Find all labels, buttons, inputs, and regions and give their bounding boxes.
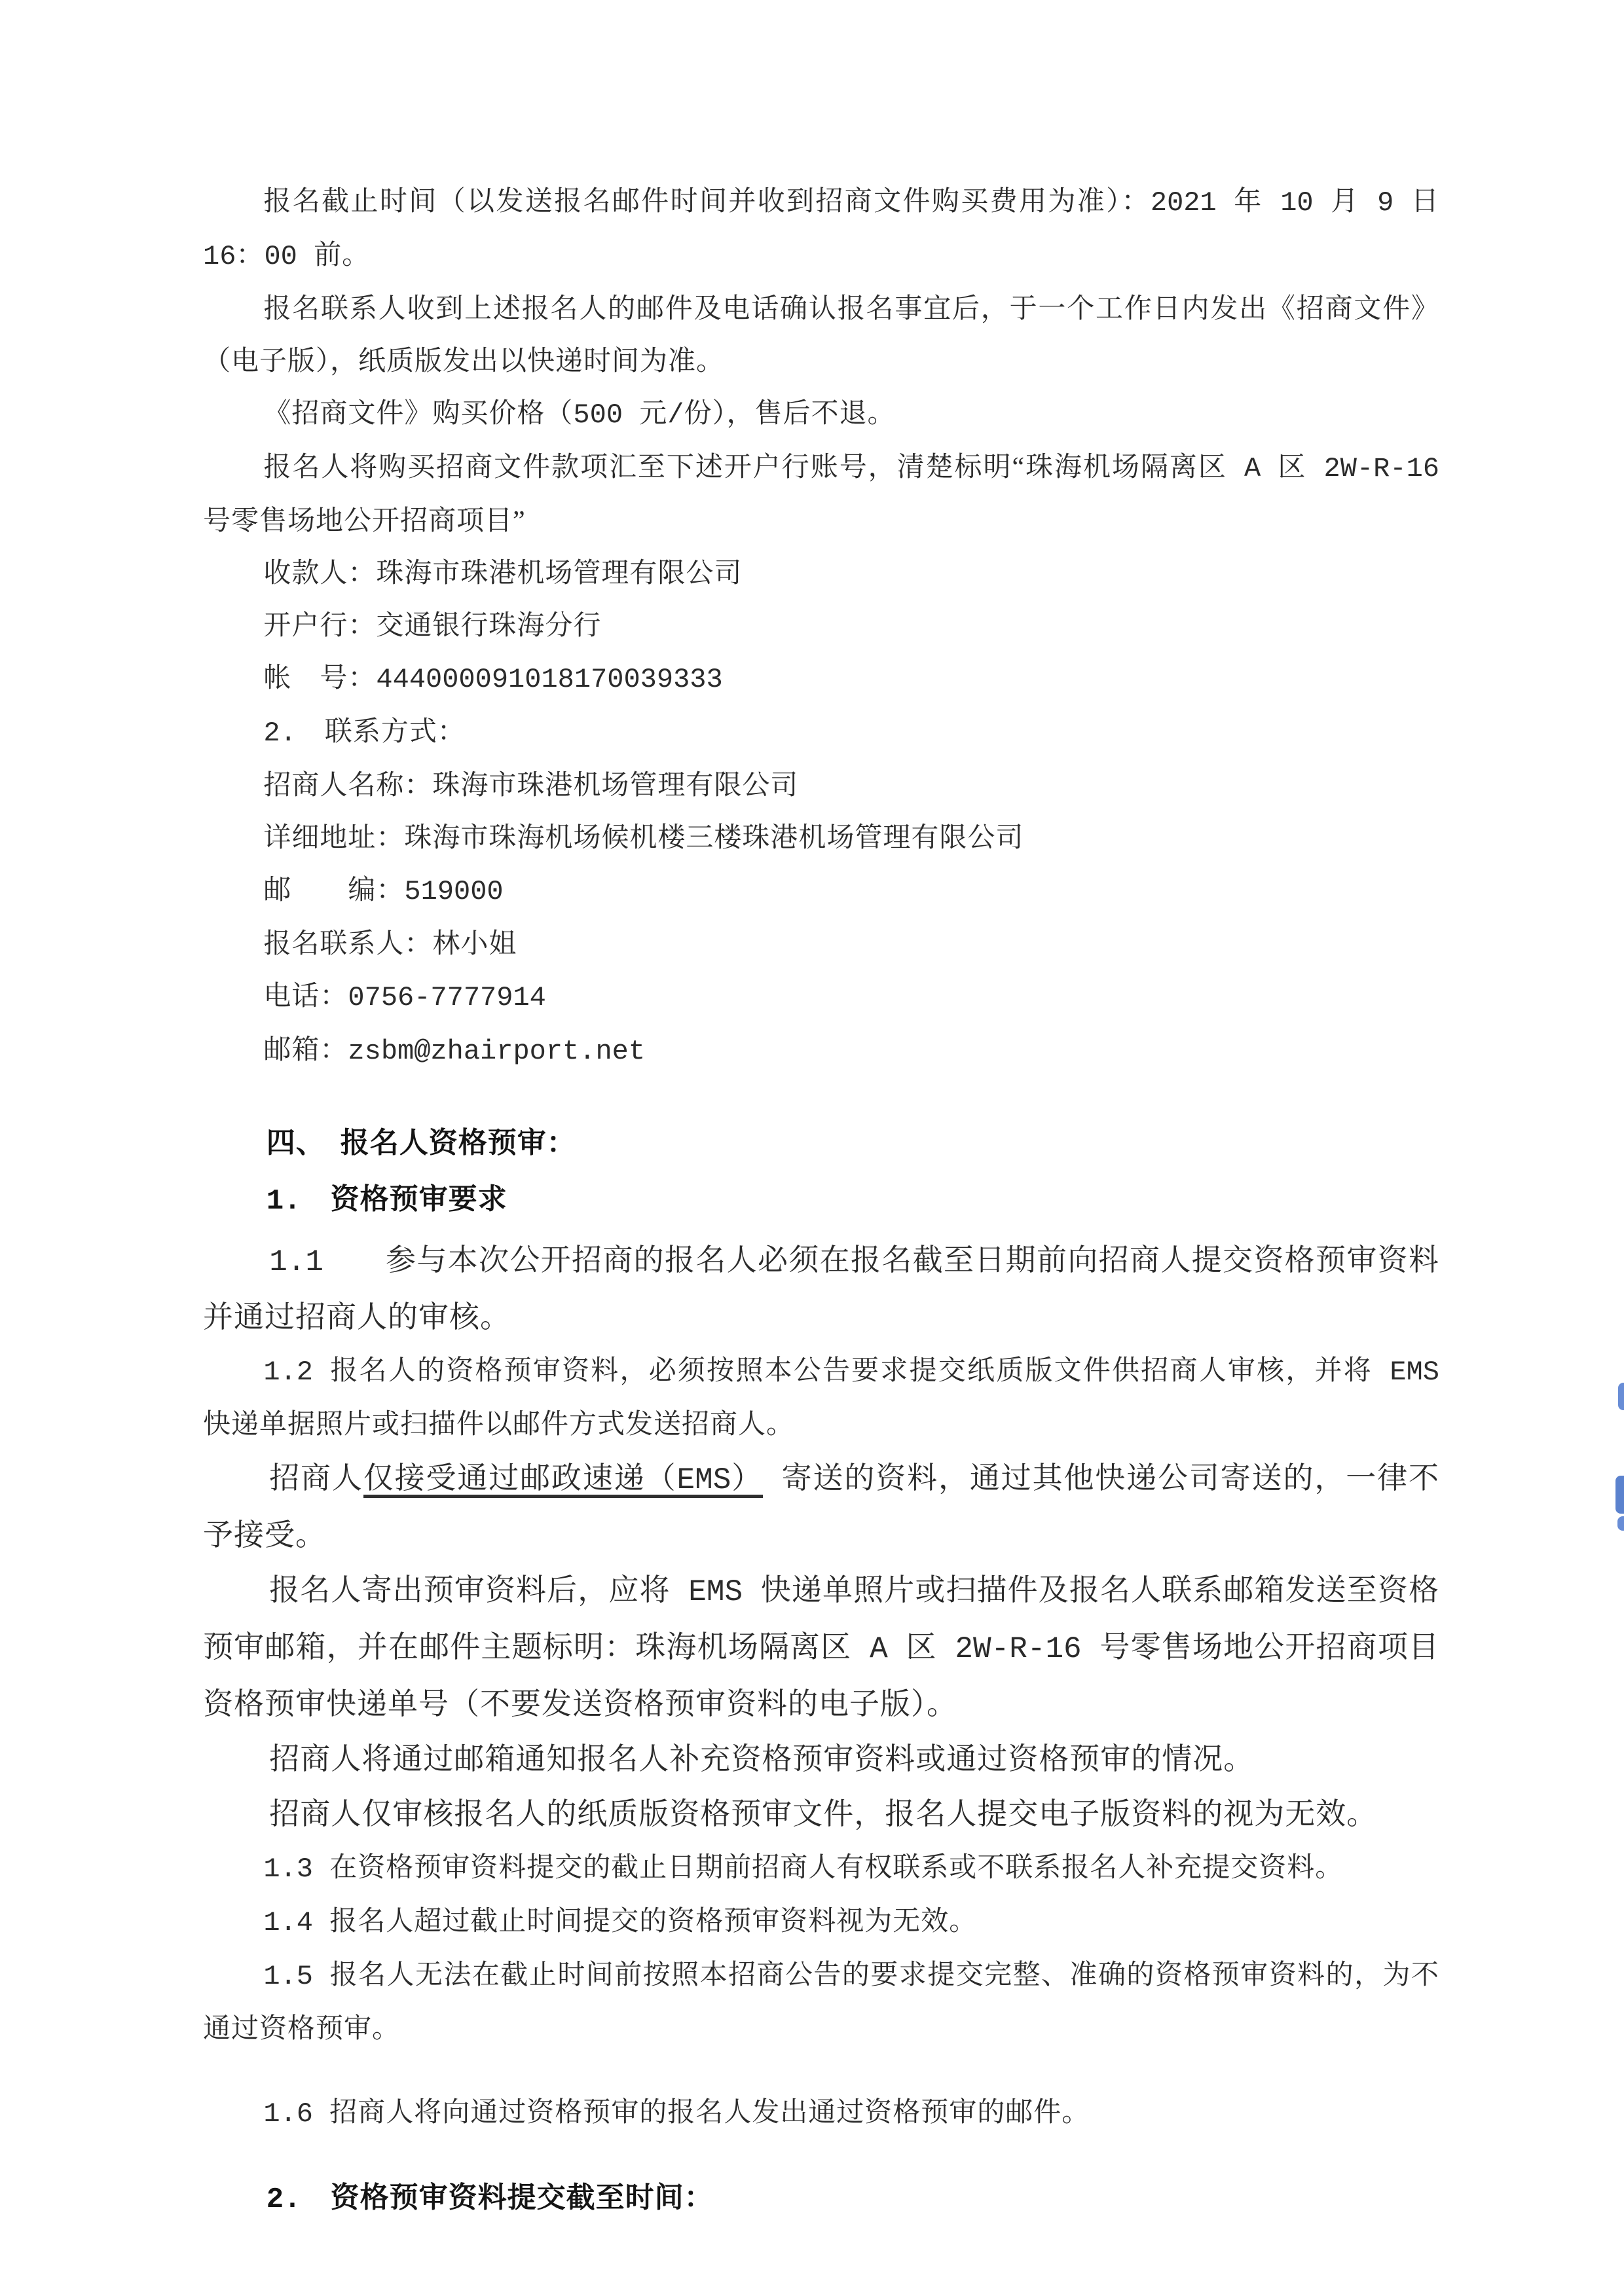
text-run: 四、 报名人资格预审： bbox=[267, 1127, 576, 1159]
latin-run: 1.3 bbox=[263, 1853, 329, 1885]
text-run: 邮箱：zsbm@zhairport.net bbox=[263, 1035, 645, 1065]
latin-run: 444000091018170039333 bbox=[376, 664, 722, 695]
latin-run: 2W-R-16 bbox=[1306, 453, 1439, 484]
latin-run: 0756-7777914 bbox=[348, 982, 545, 1013]
text-run: 报名联系人收到上述报名人的邮件及电话确认报名事宜后，于一个工作日内发出《招商文件… bbox=[203, 294, 1439, 376]
paragraph: 1.3 在资格预审资料提交的截止日期前招商人有权联系或不联系报名人补充提交资料。 bbox=[203, 1842, 1439, 1895]
text-run: 1.3 在资格预审资料提交的截止日期前招商人有权联系或不联系报名人补充提交资料。 bbox=[263, 1853, 1343, 1883]
latin-run: 9 bbox=[1360, 187, 1411, 219]
latin-run: 16 bbox=[203, 241, 236, 272]
latin-run: 2. bbox=[263, 718, 296, 749]
document-page: 报名截止时间（以发送报名邮件时间并收到招商文件购买费用为准）：2021 年 10… bbox=[0, 0, 1624, 2296]
latin-run: 1.4 bbox=[263, 1907, 329, 1939]
paragraph: 开户行：交通银行珠海分行 bbox=[203, 600, 1439, 652]
paragraph: 1.2 报名人的资格预审资料，必须按照本公告要求提交纸质版文件供招商人审核，并将… bbox=[203, 1345, 1439, 1451]
text-run: 1.6 招商人将向通过资格预审的报名人发出通过资格预审的邮件。 bbox=[263, 2098, 1090, 2128]
paragraph: 报名人将购买招商文件款项汇至下述开户行账号，清楚标明“珠海机场隔离区 A 区 2… bbox=[203, 441, 1439, 547]
paragraph: 邮箱：zsbm@zhairport.net bbox=[203, 1024, 1439, 1078]
paragraph: 报名人寄出预审资料后，应将 EMS 快递单照片或扫描件及报名人联系邮箱发送至资格… bbox=[203, 1563, 1439, 1732]
text-run: 招商人名称：珠海市珠港机场管理有限公司 bbox=[263, 771, 798, 801]
text-run: 电话：0756-7777914 bbox=[263, 981, 545, 1011]
paragraph: 2. 资格预审资料提交截至时间： bbox=[203, 2172, 1439, 2226]
text-run: 详细地址：珠海市珠海机场候机楼三楼珠港机场管理有限公司 bbox=[263, 823, 1024, 853]
latin-run: EMS bbox=[1373, 1357, 1439, 1388]
paragraph: 四、 报名人资格预审： bbox=[203, 1117, 1439, 1169]
blue-ink-mark bbox=[1615, 1476, 1624, 1514]
text-run: 1. 资格预审要求 bbox=[267, 1183, 507, 1215]
text-run: 帐 号：444000091018170039333 bbox=[263, 663, 722, 693]
paragraph: 1.5 报名人无法在截止时间前按照本招商公告的要求提交完整、准确的资格预审资料的… bbox=[203, 1949, 1439, 2055]
paragraph: 1.6 招商人将向通过资格预审的报名人发出通过资格预审的邮件。 bbox=[203, 2086, 1439, 2140]
latin-run: 1.5 bbox=[263, 1961, 329, 1992]
text-run: 2. 联系方式： bbox=[263, 717, 465, 747]
paragraph: 1.4 报名人超过截止时间提交的资格预审资料视为无效。 bbox=[203, 1895, 1439, 1949]
text-run: 收款人：珠海市珠港机场管理有限公司 bbox=[263, 558, 742, 589]
text-run: 招商人将通过邮箱通知报名人补充资格预审资料或通过资格预审的情况。 bbox=[269, 1742, 1254, 1776]
document-body: 报名截止时间（以发送报名邮件时间并收到招商文件购买费用为准）：2021 年 10… bbox=[203, 175, 1439, 2226]
text-run: 开户行：交通银行珠海分行 bbox=[263, 611, 601, 641]
paragraph: 详细地址：珠海市珠海机场候机楼三楼珠港机场管理有限公司 bbox=[203, 812, 1439, 864]
paragraph: 报名联系人收到上述报名人的邮件及电话确认报名事宜后，于一个工作日内发出《招商文件… bbox=[203, 283, 1439, 388]
text-run: 报名截止时间（以发送报名邮件时间并收到招商文件购买费用为准）：2021 年 10… bbox=[203, 187, 1439, 270]
text-run: 1.4 报名人超过截止时间提交的资格预审资料视为无效。 bbox=[263, 1906, 977, 1937]
latin-run: 2W-R-16 bbox=[937, 1632, 1100, 1666]
paragraph: 报名截止时间（以发送报名邮件时间并收到招商文件购买费用为准）：2021 年 10… bbox=[203, 175, 1439, 283]
paragraph: 1.1 参与本次公开招商的报名人必须在报名截至日期前向招商人提交资格预审资料并通… bbox=[203, 1233, 1439, 1345]
text-run: 招商人仅审核报名人的纸质版资格预审文件，报名人提交电子版资料的视为无效。 bbox=[269, 1797, 1377, 1831]
paragraph: 《招商文件》购买价格（500 元/份），售后不退。 bbox=[203, 388, 1439, 441]
latin-run: 10 bbox=[1263, 187, 1331, 219]
latin-run: 1. bbox=[267, 1185, 301, 1218]
text-run: 1.5 报名人无法在截止时间前按照本招商公告的要求提交完整、准确的资格预审资料的… bbox=[203, 1960, 1439, 2044]
text-run: 报名联系人：林小姐 bbox=[263, 929, 517, 959]
latin-run: EMS bbox=[677, 1463, 731, 1497]
text-run: 招商人 bbox=[269, 1461, 363, 1495]
paragraph: 招商人将通过邮箱通知报名人补充资格预审资料或通过资格预审的情况。 bbox=[203, 1732, 1439, 1787]
latin-run: 2021 bbox=[1151, 187, 1234, 219]
latin-run: EMS bbox=[671, 1575, 761, 1609]
latin-run: 00 bbox=[264, 241, 314, 272]
latin-run: / bbox=[667, 399, 684, 431]
text-run: 1.2 报名人的资格预审资料，必须按照本公告要求提交纸质版文件供招商人审核，并将… bbox=[203, 1356, 1439, 1440]
paragraph: 1. 资格预审要求 bbox=[203, 1173, 1439, 1228]
latin-run: 519000 bbox=[404, 876, 503, 907]
blue-ink-mark bbox=[1617, 1516, 1624, 1531]
latin-run: 1.1 bbox=[269, 1245, 323, 1279]
paragraph: 帐 号：444000091018170039333 bbox=[203, 652, 1439, 706]
paragraph: 邮 编：519000 bbox=[203, 864, 1439, 918]
latin-run: A bbox=[1227, 453, 1278, 484]
text-run: 报名人寄出预审资料后，应将 EMS 快递单照片或扫描件及报名人联系邮箱发送至资格… bbox=[203, 1573, 1439, 1721]
latin-run: zsbm@zhairport.net bbox=[348, 1036, 645, 1067]
text-run: 《招商文件》购买价格（500 元/份），售后不退。 bbox=[263, 399, 895, 429]
paragraph: 收款人：珠海市珠港机场管理有限公司 bbox=[203, 547, 1439, 600]
underlined-text: 仅接受通过邮政速递（EMS） bbox=[363, 1461, 763, 1498]
latin-run: 1.6 bbox=[263, 2098, 329, 2130]
latin-run: 1.2 bbox=[263, 1357, 330, 1388]
paragraph: 报名联系人：林小姐 bbox=[203, 918, 1439, 970]
paragraph: 招商人仅接受通过邮政速递（EMS） 寄送的资料，通过其他快递公司寄送的，一律不予… bbox=[203, 1451, 1439, 1563]
paragraph: 2. 联系方式： bbox=[203, 706, 1439, 759]
latin-run: A bbox=[851, 1632, 906, 1666]
paragraph: 招商人仅审核报名人的纸质版资格预审文件，报名人提交电子版资料的视为无效。 bbox=[203, 1787, 1439, 1842]
latin-run bbox=[763, 1463, 781, 1497]
paragraph: 电话：0756-7777914 bbox=[203, 970, 1439, 1024]
latin-run: 500 bbox=[573, 399, 639, 431]
latin-run: 2. bbox=[267, 2183, 301, 2216]
text-run: 2. 资格预审资料提交截至时间： bbox=[267, 2181, 714, 2214]
text-run: 1.1 参与本次公开招商的报名人必须在报名截至日期前向招商人提交资格预审资料并通… bbox=[203, 1243, 1439, 1334]
text-run: 邮 编：519000 bbox=[263, 875, 503, 905]
paragraph: 招商人名称：珠海市珠港机场管理有限公司 bbox=[203, 759, 1439, 812]
blue-ink-mark bbox=[1618, 1383, 1624, 1410]
text-run: 报名人将购买招商文件款项汇至下述开户行账号，清楚标明“珠海机场隔离区 A 区 2… bbox=[203, 452, 1439, 536]
